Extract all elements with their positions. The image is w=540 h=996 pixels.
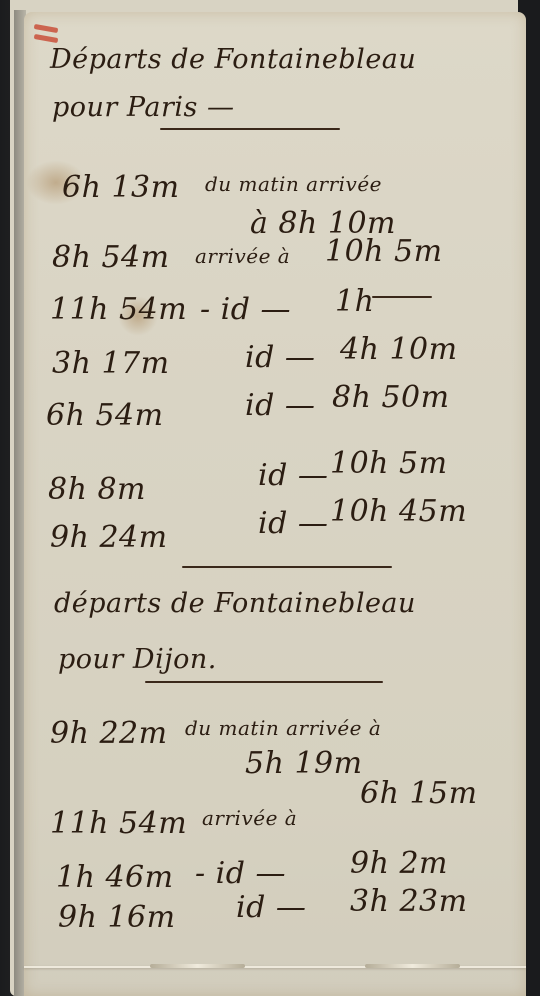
paris-row-1-depart: 6h 13m	[62, 170, 180, 205]
paris-heading-line1: Départs de Fontainebleau	[50, 44, 416, 75]
paris-row-6-note: id —	[258, 458, 328, 493]
dijon-row-2-depart: 11h 54m	[50, 806, 187, 841]
paris-row-2-depart: 8h 54m	[52, 240, 170, 275]
dijon-row-1-depart: 9h 22m	[50, 716, 168, 751]
dijon-row-1-note: du matin arrivée à	[185, 716, 381, 740]
dijon-row-4-note: id —	[236, 890, 306, 925]
paris-row-4-note: id —	[245, 340, 315, 375]
dijon-row-2-arrive: 6h 15m	[360, 776, 478, 811]
staple-right	[365, 964, 460, 968]
paris-row-2-arrive: 10h 5m	[325, 234, 443, 269]
dijon-heading-underline	[145, 681, 383, 683]
paris-row-2-note: arrivée à	[195, 244, 290, 268]
paris-row-4-depart: 3h 17m	[52, 346, 170, 381]
paris-row-3-depart: 11h 54m	[50, 292, 187, 327]
paris-row-7-note: id —	[258, 506, 328, 541]
section-divider	[182, 566, 392, 568]
dijon-row-3-arrive: 9h 2m	[350, 846, 448, 881]
paris-row-5-note: id —	[245, 388, 315, 423]
paris-heading-line2: pour Paris —	[52, 92, 234, 123]
dijon-row-2-note: arrivée à	[202, 806, 297, 830]
paris-row-6-arrive: 10h 5m	[330, 446, 448, 481]
staple-left	[150, 964, 245, 968]
paris-row-3-underline	[372, 296, 432, 298]
paris-row-1-note: du matin arrivée	[205, 172, 382, 196]
dijon-row-4-arrive: 3h 23m	[350, 884, 468, 919]
dijon-row-3-note: - id —	[195, 856, 286, 891]
paris-row-4-arrive: 4h 10m	[340, 332, 458, 367]
paris-heading-underline	[160, 128, 340, 130]
paris-row-7-arrive: 10h 45m	[330, 494, 467, 529]
paris-row-3-arrive: 1h	[335, 284, 374, 319]
dijon-heading-line1: départs de Fontainebleau	[54, 588, 416, 619]
dijon-row-4-depart: 9h 16m	[58, 900, 176, 935]
dijon-row-1-arrive: 5h 19m	[245, 746, 363, 781]
dijon-heading-line2: pour Dijon.	[58, 644, 217, 675]
paris-row-5-depart: 6h 54m	[46, 398, 164, 433]
paris-row-3-note: - id —	[200, 292, 291, 327]
dijon-row-3-depart: 1h 46m	[56, 860, 174, 895]
paris-row-5-arrive: 8h 50m	[332, 380, 450, 415]
paris-row-7-depart: 9h 24m	[50, 520, 168, 555]
paris-row-6-depart: 8h 8m	[48, 472, 146, 507]
